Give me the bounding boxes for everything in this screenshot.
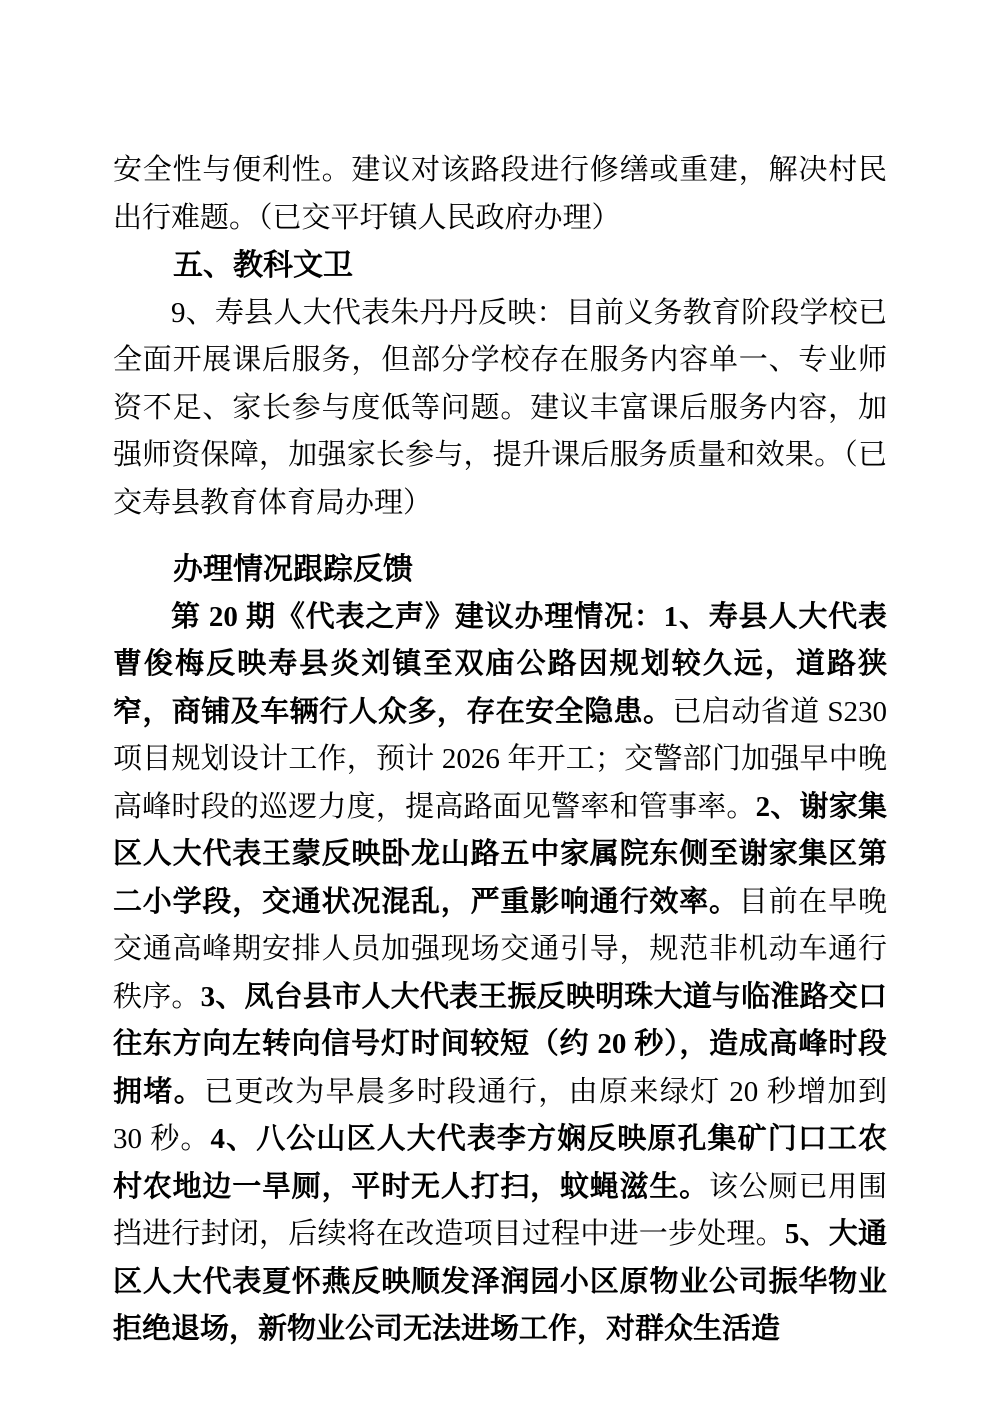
document-body: 安全性与便利性。建议对该路段进行修缮或重建，解决村民出行难题。（已交平圩镇人民政… (113, 147, 887, 1354)
paragraph-continuation: 安全性与便利性。建议对该路段进行修缮或重建，解决村民出行难题。（已交平圩镇人民政… (113, 147, 887, 242)
section-heading-education: 五、教科文卫 (113, 242, 887, 290)
paragraph-item-9: 9、寿县人大代表朱丹丹反映：目前义务教育阶段学校已全面开展课后服务，但部分学校存… (113, 290, 887, 528)
feedback-heading: 办理情况跟踪反馈 (113, 546, 887, 594)
page-number: 3 (0, 1314, 1000, 1335)
document-page: 安全性与便利性。建议对该路段进行修缮或重建，解决村民出行难题。（已交平圩镇人民政… (0, 0, 1000, 1415)
feedback-paragraph: 第 20 期《代表之声》建议办理情况：1、寿县人大代表曹俊梅反映寿县炎刘镇至双庙… (113, 594, 887, 1354)
